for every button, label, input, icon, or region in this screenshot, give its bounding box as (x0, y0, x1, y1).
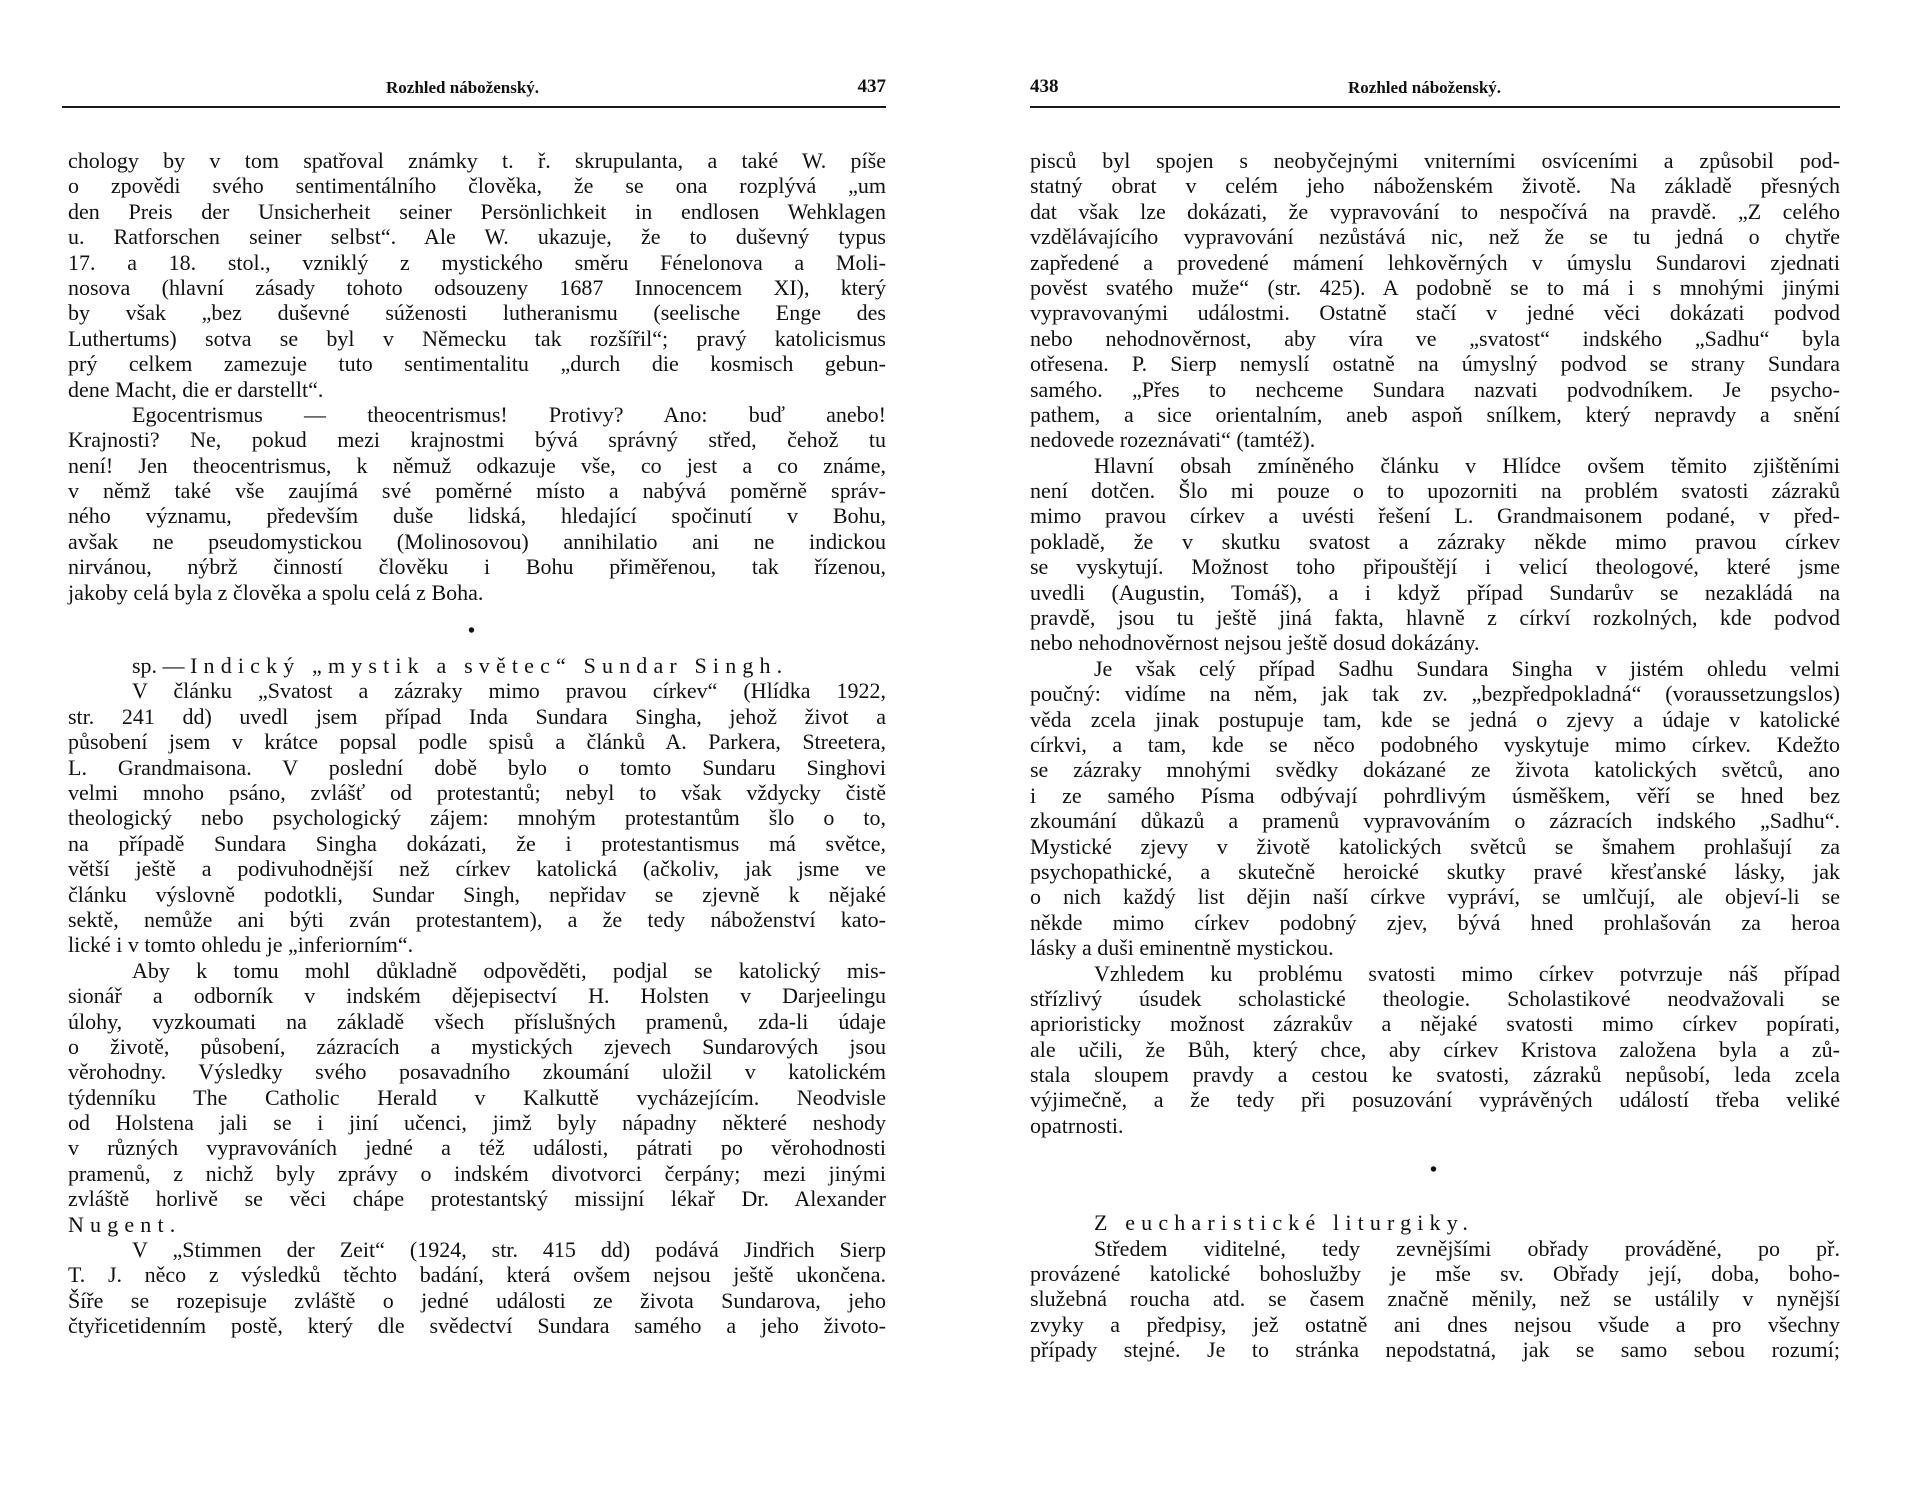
text-line: na případě Sundara Singha dokázati, že i… (68, 831, 886, 856)
text-line: vzdělávajícího vypravování nezůstává nic… (1030, 224, 1840, 249)
page-body: pisců byl spojen s neobyčejnými vniterní… (1030, 148, 1840, 1363)
text-line: sektě, nemůže ani býti zván protestantem… (68, 907, 886, 932)
text-line: Nugent. (68, 1212, 886, 1237)
text-line: aprioristicky možnost zázrakův a nějaké … (1030, 1011, 1840, 1036)
page-number: 437 (858, 76, 887, 98)
text-line: dene Macht, die er darstellt“. (68, 377, 886, 402)
paragraph-block: chology by v tom spatřoval známky t. ř. … (68, 148, 886, 605)
text-line: stala sloupem pravdy a cestou ke svatost… (1030, 1062, 1840, 1087)
text-line: není dotčen. Šlo mi pouze o to upozornit… (1030, 478, 1840, 503)
text-line: L. Grandmaisona. V poslední době bylo o … (68, 755, 886, 780)
text-line: poučný: vidíme na něm, jak tak zv. „bezp… (1030, 681, 1840, 706)
article-title: Indický „mystik a světec“ Sundar Singh. (190, 653, 788, 678)
text-line: prý celkem zamezuje tuto sentimentalitu … (68, 351, 886, 376)
section-separator: • (1030, 1138, 1840, 1210)
text-line: v němž také vše zaujímá své poměrné míst… (68, 478, 886, 503)
text-line: církvi, a tam, kde se něco podobného vys… (1030, 732, 1840, 757)
text-line: statný obrat v celém jeho náboženském ži… (1030, 173, 1840, 198)
text-line: jakoby celá byla z člověka a spolu celá … (68, 580, 886, 605)
text-line: V článku „Svatost a zázraky mimo pravou … (68, 678, 886, 703)
text-line: otřesena. P. Sierp nemyslí ostatně na úm… (1030, 351, 1840, 376)
section-title: Z eucharistické liturgiky. (1030, 1210, 1840, 1235)
text-line: mimo pravou církev a uvésti řešení L. Gr… (1030, 503, 1840, 528)
text-line: uvedli (Augustin, Tomáš), a i když přípa… (1030, 580, 1840, 605)
text-line: zvláště horlivě se věci chápe protestant… (68, 1186, 886, 1211)
text-line: pisců byl spojen s neobyčejnými vniterní… (1030, 148, 1840, 173)
text-line: Mystické zjevy v životě katolických svět… (1030, 834, 1840, 859)
text-line: Vzhledem ku problému svatosti mimo círke… (1030, 961, 1840, 986)
page-number: 438 (1030, 76, 1059, 98)
text-line: velmi mnoho psáno, zvlášť od protestantů… (68, 780, 886, 805)
text-line: není! Jen theocentrismus, k němuž odkazu… (68, 453, 886, 478)
text-line: u. Ratforschen seiner selbst“. Ale W. uk… (68, 224, 886, 249)
text-line: nirvánou, nýbrž činností člověku i Bohu … (68, 554, 886, 579)
text-line: zkoumání důkazů a pramenů vypravováním o… (1030, 808, 1840, 833)
text-line: výjimečně, a že tedy při posuzování vypr… (1030, 1087, 1840, 1112)
text-line: pravdě, jsou tu ještě jiná fakta, hlavně… (1030, 605, 1840, 630)
text-line: nebo nehodnověrnost nejsou ještě dosud d… (1030, 630, 1840, 655)
text-line: nedovede rozeznávati“ (tamtéž). (1030, 427, 1840, 452)
text-line: Krajnosti? Ne, pokud mezi krajnostmi býv… (68, 427, 886, 452)
article-heading: sp. — Indický „mystik a světec“ Sundar S… (68, 653, 886, 678)
text-line: od Holstena jali se i jiní učenci, jimž … (68, 1110, 886, 1135)
text-line: lické i v tomto ohledu je „inferiorním“. (68, 932, 886, 957)
text-line: provázené katolické bohoslužby je mše sv… (1030, 1261, 1840, 1286)
text-line: dat však lze dokázati, že vypravování to… (1030, 199, 1840, 224)
text-line: avšak ne pseudomystickou (Molinosovou) a… (68, 529, 886, 554)
text-line: sionář a odborník v indském dějepisectví… (68, 983, 886, 1008)
header-rule (1030, 106, 1840, 108)
text-line: theologický nebo psychologický zájem: mn… (68, 805, 886, 830)
text-line: zapředené a provedené mámení lehkověrnýc… (1030, 250, 1840, 275)
text-line: Hlavní obsah zmíněného článku v Hlídce o… (1030, 453, 1840, 478)
text-line: ale učili, že Bůh, který chce, aby círke… (1030, 1037, 1840, 1062)
text-line: den Preis der Unsicherheit seiner Persön… (68, 199, 886, 224)
text-line: T. J. něco z výsledků těchto badání, kte… (68, 1262, 886, 1287)
paragraph-block: pisců byl spojen s neobyčejnými vniterní… (1030, 148, 1840, 1138)
text-line: zvyky a předpisy, jež ostatně ani dnes n… (1030, 1312, 1840, 1337)
text-line: vypravovanými událostmi. Ostatně stačí v… (1030, 300, 1840, 325)
text-line: případy stejné. Je to stránka nepodstatn… (1030, 1337, 1840, 1362)
text-line: chology by v tom spatřoval známky t. ř. … (68, 148, 886, 173)
section-separator: • (68, 605, 886, 653)
running-head: 438 Rozhled náboženský. (1030, 76, 1840, 100)
text-line: o životě, působení, zázracích a mystický… (68, 1034, 886, 1059)
text-line: v různých vypravováních jedné a též udál… (68, 1135, 886, 1160)
text-line: působení jsem v krátce popsal podle spis… (68, 729, 886, 754)
text-line: psychopathické, a skutečně heroické skut… (1030, 859, 1840, 884)
article-byline: sp. — (132, 653, 185, 678)
header-rule (62, 106, 886, 108)
running-head-title: Rozhled náboženský. (1348, 78, 1501, 98)
separator-glyph: • (468, 619, 475, 644)
running-head: Rozhled náboženský. 437 (68, 76, 886, 100)
article-indicky-mystik: sp. — Indický „mystik a světec“ Sundar S… (68, 653, 886, 1339)
text-line: pathem, a sice orientalním, aneb aspoň s… (1030, 402, 1840, 427)
text-line: V „Stimmen der Zeit“ (1924, str. 415 dd)… (68, 1237, 886, 1262)
text-line: i ze samého Písma odbývají pohrdlivým ús… (1030, 783, 1840, 808)
text-line: Středem viditelné, tedy zevnějšími obřad… (1030, 1236, 1840, 1261)
text-line: opatrnosti. (1030, 1113, 1840, 1138)
text-line: věrohodny. Výsledky svého posavadního zk… (68, 1059, 886, 1084)
text-line: se zázraky mnohými svědky dokázané ze ži… (1030, 757, 1840, 782)
text-line: větší ještě a podivuhodnější než církev … (68, 856, 886, 881)
text-line: ného významu, především duše lidská, hle… (68, 503, 886, 528)
text-line: článku výslovně podotkli, Sundar Singh, … (68, 882, 886, 907)
text-line: lásky a duši eminentně mystickou. (1030, 935, 1840, 960)
text-line: Šíře se rozepisuje zvláště o jedné událo… (68, 1288, 886, 1313)
text-line: samého. „Přes to nechceme Sundara nazvat… (1030, 377, 1840, 402)
text-line: úlohy, vyzkoumati na základě všech přísl… (68, 1009, 886, 1034)
text-line: by však „bez duševné súženosti lutherani… (68, 300, 886, 325)
text-line: střízlivý úsudek scholastické theologie.… (1030, 986, 1840, 1011)
text-line: o zpovědi svého sentimentálního člověka,… (68, 173, 886, 198)
page-body: chology by v tom spatřoval známky t. ř. … (68, 148, 886, 1339)
text-line: někde mimo církev podobný zjev, bývá hne… (1030, 910, 1840, 935)
text-line: týdenníku The Catholic Herald v Kalkuttě… (68, 1085, 886, 1110)
text-line: nosova (hlavní zásady tohoto odsouzeny 1… (68, 275, 886, 300)
separator-glyph: • (1430, 1158, 1437, 1183)
text-line: o nich každý list dějin naší církve vypr… (1030, 884, 1840, 909)
text-line: 17. a 18. stol., vzniklý z mystického sm… (68, 250, 886, 275)
text-line: čtyřicetidenním postě, který dle svědect… (68, 1313, 886, 1338)
text-line: pokladě, že v skutku svatost a zázraky n… (1030, 529, 1840, 554)
text-line: služebná roucha atd. se časem značně měn… (1030, 1286, 1840, 1311)
text-line: se vyskytují. Možnost toho připouštějí i… (1030, 554, 1840, 579)
text-line: str. 241 dd) uvedl jsem případ Inda Sund… (68, 704, 886, 729)
running-head-title: Rozhled náboženský. (386, 78, 539, 98)
text-line: Egocentrismus — theocentrismus! Protivy?… (68, 402, 886, 427)
text-line: Je však celý případ Sadhu Sundara Singha… (1030, 656, 1840, 681)
text-line: pověst svatého muže“ (str. 425). A podob… (1030, 275, 1840, 300)
text-line: Luthertums) sotva se byl v Německu tak r… (68, 326, 886, 351)
text-line: nebo nehodnověrnost, aby víra ve „svatos… (1030, 326, 1840, 351)
text-line: Aby k tomu mohl důkladně odpověděti, pod… (68, 958, 886, 983)
section-eucharisticke-liturgiky: Z eucharistické liturgiky. Středem vidit… (1030, 1210, 1840, 1362)
text-line: pramenů, z nichž byly zprávy o indském d… (68, 1161, 886, 1186)
text-line: věda zcela jinak postupuje tam, kde se j… (1030, 707, 1840, 732)
